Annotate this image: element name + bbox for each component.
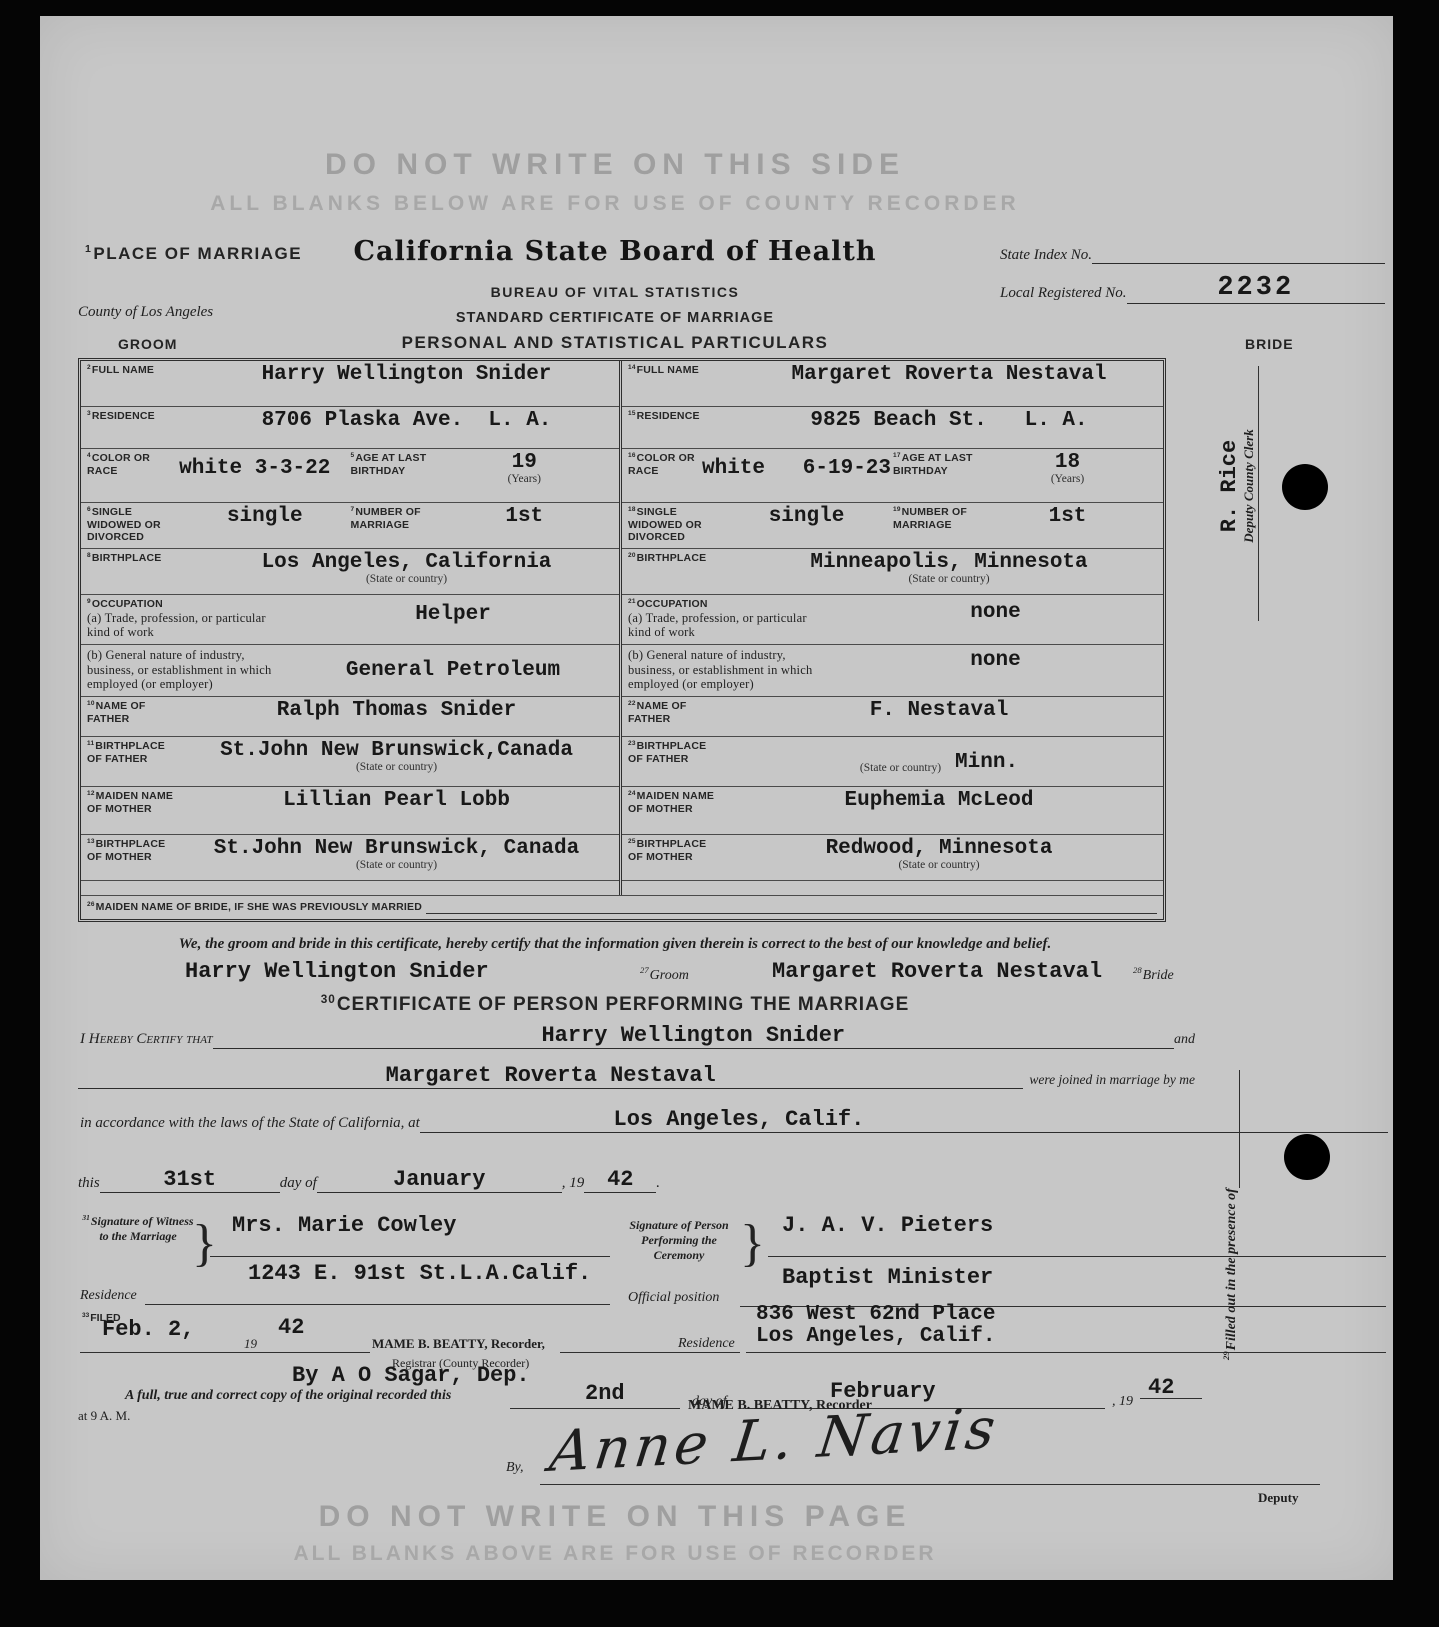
state-index-blank-line [1092, 244, 1385, 264]
performer-name: J. A. V. Pieters [782, 1214, 993, 1237]
field-caption: (Years) [508, 474, 541, 486]
official-position-value: Baptist Minister [782, 1266, 993, 1289]
filed-year-prefix: 19 [244, 1336, 257, 1352]
field-label: 22NAME OF FATHER [628, 698, 720, 725]
performer-name-line [768, 1256, 1386, 1257]
field-label: 24MAIDEN NAME OF MOTHER [628, 788, 720, 815]
performer-signature-label: Signature of Person Performing the Cerem… [618, 1218, 740, 1263]
field-value: 19 [512, 452, 537, 474]
day-of-label: day of [280, 1175, 317, 1193]
presence-label: 29Filled out in the presence of [1224, 1188, 1240, 1360]
deputy-recorder-by: By A O Sagar, Dep. [292, 1364, 530, 1387]
presence-blank-line [1224, 1070, 1240, 1188]
field-value: Minn. [955, 752, 1018, 774]
bride-signature: Margaret Roverta Nestaval [772, 960, 1102, 983]
field-value: General Petroleum [346, 660, 560, 682]
standard-certificate-label: STANDARD CERTIFICATE OF MARRIAGE [40, 310, 1190, 326]
witness-residence-value: 1243 E. 91st St.L.A.Calif. [248, 1262, 591, 1285]
presence-block: 29Filled out in the presence of [1214, 1070, 1240, 1360]
this-label: this [78, 1175, 100, 1193]
field-value: Lillian Pearl Lobb [283, 790, 510, 812]
hole-punch-bottom [1284, 1134, 1330, 1180]
copy-year-prefix: , 19 [1112, 1394, 1133, 1410]
filed-date: Feb. 2, [102, 1318, 194, 1341]
field-value: St.John New Brunswick, Canada [214, 838, 579, 860]
field-label: 17AGE AT LAST BIRTHDAY [893, 450, 977, 477]
filed-line [80, 1352, 370, 1353]
blank-line [426, 902, 1157, 914]
certify-line-3: in accordance with the laws of the State… [80, 1108, 1388, 1133]
bride-age: 17AGE AT LAST BIRTHDAY 18(Years) [893, 450, 1158, 486]
field-value: white 6-19-23 [702, 458, 891, 480]
field-label: 25BIRTHPLACE OF MOTHER [628, 836, 720, 863]
field-value: Minneapolis, Minnesota [810, 552, 1087, 574]
local-registered-value: 2232 [1217, 273, 1294, 303]
field-value: Euphemia McLeod [844, 790, 1033, 812]
certify-line-4: this 31st day of January , 19 42 . [78, 1168, 778, 1193]
field-label: 15RESIDENCE [628, 408, 740, 423]
field-label: 12MAIDEN NAME OF MOTHER [87, 788, 179, 815]
marriage-day-value: 31st [163, 1167, 216, 1192]
recorder-name: MAME B. BEATTY, Recorder, [372, 1336, 545, 1352]
certify-name2-line: Margaret Roverta Nestaval [78, 1064, 1023, 1089]
marriage-month-value: January [393, 1167, 485, 1192]
deputy-label: Deputy [1258, 1490, 1298, 1506]
field-label: 13BIRTHPLACE OF MOTHER [87, 836, 179, 863]
bride-column: 14FULL NAME Margaret Roverta Nestaval 15… [622, 361, 1163, 895]
field-label: 6SINGLE WIDOWED OR DIVORCED [87, 504, 179, 544]
local-registered-line: 2232 [1127, 274, 1385, 304]
groom-occupation-b-row: (b) General nature of industry, business… [81, 645, 619, 697]
year-prefix-label: , 19 [562, 1175, 585, 1193]
bride-father-birthplace-row: 23BIRTHPLACE OF FATHER (State or country… [622, 737, 1163, 787]
groom-signature-label: 27Groom [640, 968, 689, 984]
bride-marital-row: 18SINGLE WIDOWED OR DIVORCED single 19NU… [622, 503, 1163, 549]
field-value: single [227, 506, 303, 528]
witness-name-line [210, 1256, 610, 1257]
state-index-row: State Index No. [1000, 244, 1385, 264]
copy-statement: A full, true and correct copy of the ori… [125, 1388, 451, 1404]
certification-statement: We, the groom and bride in this certific… [40, 936, 1190, 953]
copy-time: at 9 A. M. [78, 1408, 130, 1424]
certify-label: I Hereby Certify that [80, 1031, 213, 1049]
field-label: 23BIRTHPLACE OF FATHER [628, 738, 720, 765]
deputy-by-label: By, [506, 1460, 524, 1476]
local-registered-row: Local Registered No. 2232 [1000, 274, 1385, 304]
field-value: Harry Wellington Snider [262, 364, 552, 386]
bride-occupation-b-row: (b) General nature of industry, business… [622, 645, 1163, 697]
field-label: 10NAME OF FATHER [87, 698, 179, 725]
deputy-handwritten-signature: Anne L. Navis [546, 1396, 1002, 1485]
copy-day-value: 2nd [585, 1382, 625, 1405]
field-value: Ralph Thomas Snider [277, 700, 516, 722]
maiden-name-previous-marriage-row: 26MAIDEN NAME OF BRIDE, IF SHE WAS PREVI… [81, 895, 1163, 919]
groom-occupation-a-row: 9OCCUPATION(a) Trade, profession, or par… [81, 595, 619, 645]
period: . [656, 1175, 660, 1193]
certify-line-1: I Hereby Certify that Harry Wellington S… [80, 1024, 1195, 1049]
field-caption: (State or country) [356, 762, 437, 774]
copy-year-value: 42 [1148, 1376, 1174, 1399]
field-label: 11BIRTHPLACE OF FATHER [87, 738, 179, 765]
bride-color-race: 16COLOR OR RACE white 6-19-23 [628, 450, 893, 480]
field-value: single [769, 506, 845, 528]
field-value: St.John New Brunswick,Canada [220, 740, 573, 762]
marriage-place-line: Los Angeles, Calif. [420, 1108, 1388, 1133]
bride-blank-space [622, 881, 1163, 895]
field-label: 14FULL NAME [628, 362, 740, 377]
scanned-marriage-certificate: { "colors": {"background":"#050505","pap… [0, 0, 1439, 1627]
deputy-signature-line [540, 1484, 1320, 1485]
field-caption: (State or country) [860, 763, 941, 775]
particulars-table: 2FULL NAME Harry Wellington Snider 3RESI… [78, 358, 1166, 922]
groom-color-race: 4COLOR OR RACE white 3-3-22 [87, 450, 351, 480]
field-label: 16COLOR OR RACE [628, 450, 700, 477]
field-caption: (State or country) [898, 860, 979, 872]
filed-year: 42 [278, 1316, 304, 1339]
groom-number-of-marriage: 7NUMBER OF MARRIAGE 1st [351, 504, 615, 531]
groom-birthplace-row: 8BIRTHPLACE Los Angeles, California(Stat… [81, 549, 619, 595]
filed-residence-line2: Los Angeles, Calif. [756, 1326, 995, 1348]
groom-father-birthplace-row: 11BIRTHPLACE OF FATHER St.John New Bruns… [81, 737, 619, 787]
ghost-top-line2: ALL BLANKS BELOW ARE FOR USE OF COUNTY R… [40, 192, 1190, 216]
ghost-bottom-line2: ALL BLANKS ABOVE ARE FOR USE OF RECORDER [40, 1542, 1190, 1566]
joined-in-marriage-label: were joined in marriage by me [1023, 1072, 1195, 1089]
field-value: Los Angeles, California [262, 552, 552, 574]
field-value: 8706 Plaska Ave. L. A. [262, 410, 552, 432]
field-label: 19NUMBER OF MARRIAGE [893, 504, 977, 531]
field-label: 3RESIDENCE [87, 408, 199, 423]
performer-brace: } [740, 1218, 765, 1270]
accordance-label: in accordance with the laws of the State… [80, 1115, 420, 1133]
certify-name1: Harry Wellington Snider [541, 1023, 845, 1048]
groom-marital-status: 6SINGLE WIDOWED OR DIVORCED single [87, 504, 351, 544]
clerk-title: Deputy County Clerk [1241, 376, 1257, 596]
field-label: (b) General nature of industry, business… [87, 646, 292, 692]
groom-mother-birthplace-row: 13BIRTHPLACE OF MOTHER St.John New Bruns… [81, 835, 619, 881]
bride-number-of-marriage: 19NUMBER OF MARRIAGE 1st [893, 504, 1158, 531]
clerk-signature: R. Rice [1218, 376, 1241, 596]
ghost-bottom-line1: DO NOT WRITE ON THIS PAGE [40, 1500, 1190, 1534]
field-value: 9825 Beach St. L. A. [810, 410, 1087, 432]
groom-residence-row: 3RESIDENCE 8706 Plaska Ave. L. A. [81, 407, 619, 449]
copy-day-line [510, 1408, 680, 1409]
field-caption: (State or country) [356, 860, 437, 872]
bride-father-row: 22NAME OF FATHER F. Nestaval [622, 697, 1163, 737]
bride-marital-status: 18SINGLE WIDOWED OR DIVORCED single [628, 504, 893, 544]
witness-residence-label: Residence [80, 1288, 137, 1304]
certify-line-2: Margaret Roverta Nestaval were joined in… [78, 1064, 1195, 1089]
field-value: 18 [1055, 452, 1080, 474]
groom-signature: Harry Wellington Snider [185, 960, 489, 983]
field-value: Helper [415, 604, 491, 626]
bride-signature-label: 28Bride [1133, 968, 1174, 984]
field-value: Redwood, Minnesota [826, 838, 1053, 860]
field-value: none [970, 650, 1020, 672]
field-value: 1st [1049, 506, 1087, 528]
witness-brace: } [192, 1218, 217, 1270]
marriage-year-value: 42 [607, 1167, 633, 1192]
bride-birthplace-row: 20BIRTHPLACE Minneapolis, Minnesota(Stat… [622, 549, 1163, 595]
clerk-signature-block: R. Rice Deputy County Clerk [1218, 376, 1262, 596]
hole-punch-top [1282, 464, 1328, 510]
filed-residence-label: Residence [678, 1336, 735, 1352]
witness-name: Mrs. Marie Cowley [232, 1214, 456, 1237]
filed-residence-line1: 836 West 62nd Place [756, 1304, 995, 1326]
particulars-label: PERSONAL AND STATISTICAL PARTICULARS [40, 333, 1190, 353]
groom-mother-row: 12MAIDEN NAME OF MOTHER Lillian Pearl Lo… [81, 787, 619, 835]
field-label: 20BIRTHPLACE [628, 550, 740, 565]
local-registered-label: Local Registered No. [1000, 285, 1127, 304]
bride-full-name-row: 14FULL NAME Margaret Roverta Nestaval [622, 361, 1163, 407]
bride-mother-birthplace-row: 25BIRTHPLACE OF MOTHER Redwood, Minnesot… [622, 835, 1163, 881]
bride-mother-row: 24MAIDEN NAME OF MOTHER Euphemia McLeod [622, 787, 1163, 835]
field-value: Margaret Roverta Nestaval [791, 364, 1106, 386]
field-label: 26MAIDEN NAME OF BRIDE, IF SHE WAS PREVI… [87, 901, 422, 914]
field-value: white 3-3-22 [179, 458, 330, 480]
witness-signature-label: 31Signature of Witness to the Marriage [82, 1214, 194, 1244]
field-label: 9OCCUPATION(a) Trade, profession, or par… [87, 596, 292, 640]
field-label: 7NUMBER OF MARRIAGE [351, 504, 435, 531]
official-position-label: Official position [628, 1290, 719, 1306]
groom-age: 5AGE AT LAST BIRTHDAY 19(Years) [351, 450, 615, 486]
bride-occupation-a-row: 21OCCUPATION(a) Trade, profession, or pa… [622, 595, 1163, 645]
marriage-month-line: January [317, 1168, 562, 1193]
bride-column-label: BRIDE [1245, 336, 1294, 352]
ghost-top-line1: DO NOT WRITE ON THIS SIDE [40, 148, 1190, 182]
field-caption: (Years) [1051, 474, 1084, 486]
state-index-label: State Index No. [1000, 247, 1092, 264]
groom-full-name-row: 2FULL NAME Harry Wellington Snider [81, 361, 619, 407]
bride-residence-row: 15RESIDENCE 9825 Beach St. L. A. [622, 407, 1163, 449]
field-label: 5AGE AT LAST BIRTHDAY [351, 450, 435, 477]
field-label: (b) General nature of industry, business… [628, 646, 833, 692]
groom-father-row: 10NAME OF FATHER Ralph Thomas Snider [81, 697, 619, 737]
field-label: 8BIRTHPLACE [87, 550, 199, 565]
field-value: F. Nestaval [870, 700, 1009, 722]
recorder-line [560, 1352, 740, 1353]
copy-year-line [1140, 1398, 1202, 1399]
filed-residence-line [746, 1352, 1386, 1353]
field-value: 1st [505, 506, 543, 528]
certify-name1-line: Harry Wellington Snider [213, 1024, 1174, 1049]
field-caption: (State or country) [908, 574, 989, 586]
field-caption: (State or country) [366, 574, 447, 586]
groom-color-age-row: 4COLOR OR RACE white 3-3-22 5AGE AT LAST… [81, 449, 619, 503]
certificate-page: DO NOT WRITE ON THIS SIDE ALL BLANKS BEL… [40, 16, 1393, 1580]
groom-blank-space [81, 881, 619, 895]
field-label: 21OCCUPATION(a) Trade, profession, or pa… [628, 596, 833, 640]
field-label: 18SINGLE WIDOWED OR DIVORCED [628, 504, 720, 544]
table-columns: 2FULL NAME Harry Wellington Snider 3RESI… [81, 361, 1163, 895]
marriage-year-line: 42 [584, 1168, 656, 1193]
groom-column: 2FULL NAME Harry Wellington Snider 3RESI… [81, 361, 622, 895]
marriage-day-line: 31st [100, 1168, 280, 1193]
field-value: none [970, 602, 1020, 624]
field-label: 4COLOR OR RACE [87, 450, 159, 477]
witness-residence-line [145, 1304, 610, 1305]
field-label: 2FULL NAME [87, 362, 199, 377]
certify-name2: Margaret Roverta Nestaval [386, 1063, 716, 1088]
groom-marital-row: 6SINGLE WIDOWED OR DIVORCED single 7NUMB… [81, 503, 619, 549]
marriage-place-value: Los Angeles, Calif. [614, 1107, 865, 1132]
bride-color-age-row: 16COLOR OR RACE white 6-19-23 17AGE AT L… [622, 449, 1163, 503]
performer-certificate-heading: 30CERTIFICATE OF PERSON PERFORMING THE M… [40, 994, 1190, 1016]
and-label: and [1174, 1032, 1195, 1049]
